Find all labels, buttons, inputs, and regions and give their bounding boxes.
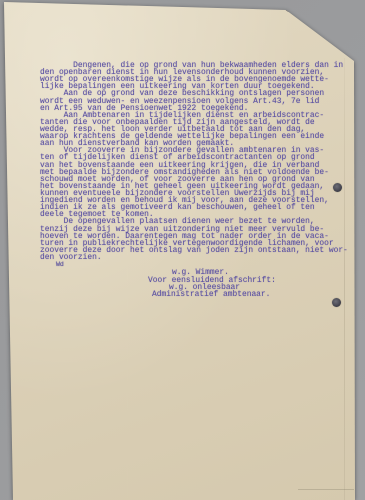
body-line: den voorzien. (40, 254, 348, 261)
punch-hole-bottom (332, 298, 341, 307)
document-body-text: Dengenen, die op grond van hun bekwaamhe… (40, 62, 348, 261)
margin-annotation: Wd (56, 261, 64, 268)
paper-crease-bottom (298, 489, 354, 490)
paper-shadow: Dengenen, die op grond van hun bekwaamhe… (0, 0, 365, 500)
corner-smudge (283, 5, 293, 14)
scanner-background: Dengenen, die op grond van hun bekwaamhe… (0, 0, 365, 500)
certifier-title: Administratief ambtenaar. (152, 291, 270, 298)
punch-hole-top (333, 183, 342, 192)
document-page: Dengenen, die op grond van hun bekwaamhe… (0, 0, 365, 500)
